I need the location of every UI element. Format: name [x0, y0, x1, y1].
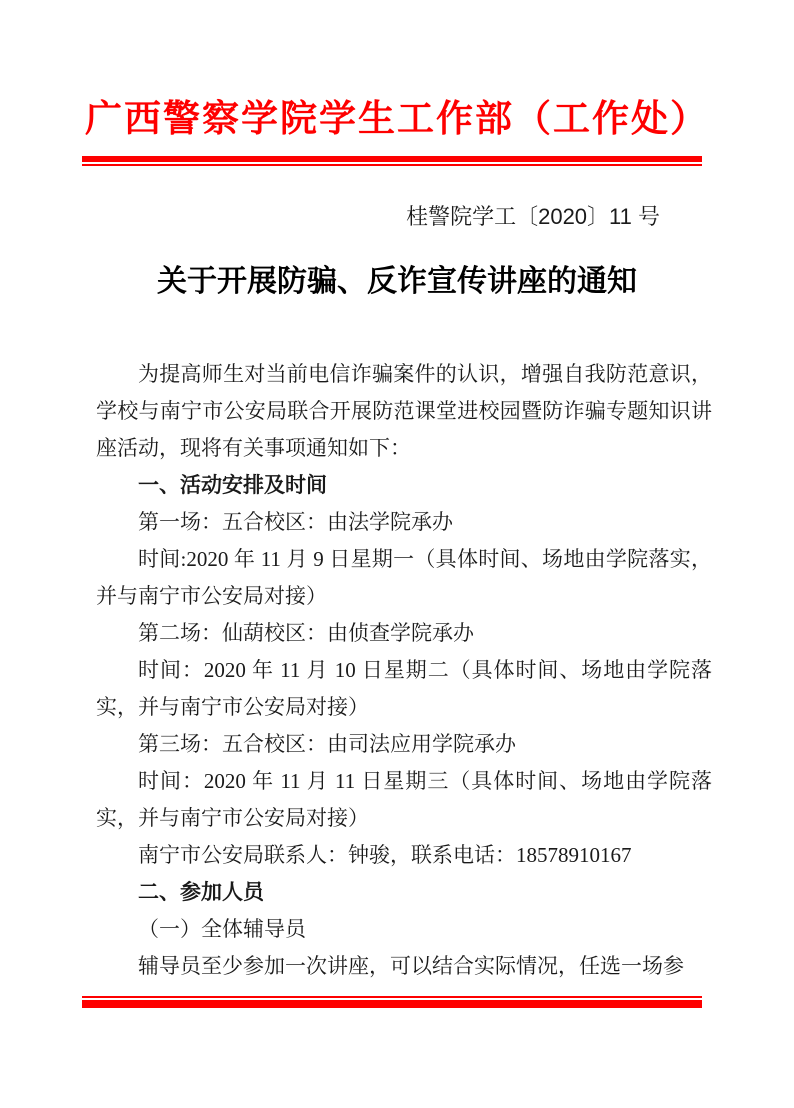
body-paragraph: 为提高师生对当前电信诈骗案件的认识，增强自我防范意识，学校与南宁市公安局联合开展…	[96, 356, 712, 467]
body-paragraph: 南宁市公安局联系人：钟骏，联系电话：18578910167	[96, 837, 712, 874]
document-number: 桂警院学工〔2020〕11 号	[406, 200, 660, 231]
letterhead-org-name: 广西警察学院学生工作部（工作处）	[0, 88, 794, 142]
body-paragraph: 时间：2020 年 11 月 11 日星期三（具体时间、场地由学院落实，并与南宁…	[96, 763, 712, 837]
divider-thick-line	[82, 156, 702, 162]
body-paragraph: 时间：2020 年 11 月 10 日星期二（具体时间、场地由学院落实，并与南宁…	[96, 652, 712, 726]
divider-thin-line	[82, 996, 702, 998]
document-body: 为提高师生对当前电信诈骗案件的认识，增强自我防范意识，学校与南宁市公安局联合开展…	[96, 356, 712, 985]
body-paragraph: 第三场：五合校区：由司法应用学院承办	[96, 726, 712, 763]
document-page: 广西警察学院学生工作部（工作处） 桂警院学工〔2020〕11 号 关于开展防骗、…	[0, 0, 794, 1108]
body-paragraph: 时间:2020 年 11 月 9 日星期一（具体时间、场地由学院落实，并与南宁市…	[96, 541, 712, 615]
divider-thin-line	[82, 164, 702, 166]
section-heading: 二、参加人员	[96, 874, 712, 911]
body-paragraph: （一）全体辅导员	[96, 911, 712, 948]
body-paragraph: 辅导员至少参加一次讲座，可以结合实际情况，任选一场参	[96, 948, 712, 985]
letterhead-divider	[82, 156, 702, 166]
section-heading: 一、活动安排及时间	[96, 467, 712, 504]
body-paragraph: 第一场：五合校区：由法学院承办	[96, 504, 712, 541]
document-title: 关于开展防骗、反诈宣传讲座的通知	[0, 256, 794, 300]
body-paragraph: 第二场：仙葫校区：由侦查学院承办	[96, 615, 712, 652]
divider-thick-line	[82, 1000, 702, 1008]
footer-divider	[82, 996, 702, 1008]
